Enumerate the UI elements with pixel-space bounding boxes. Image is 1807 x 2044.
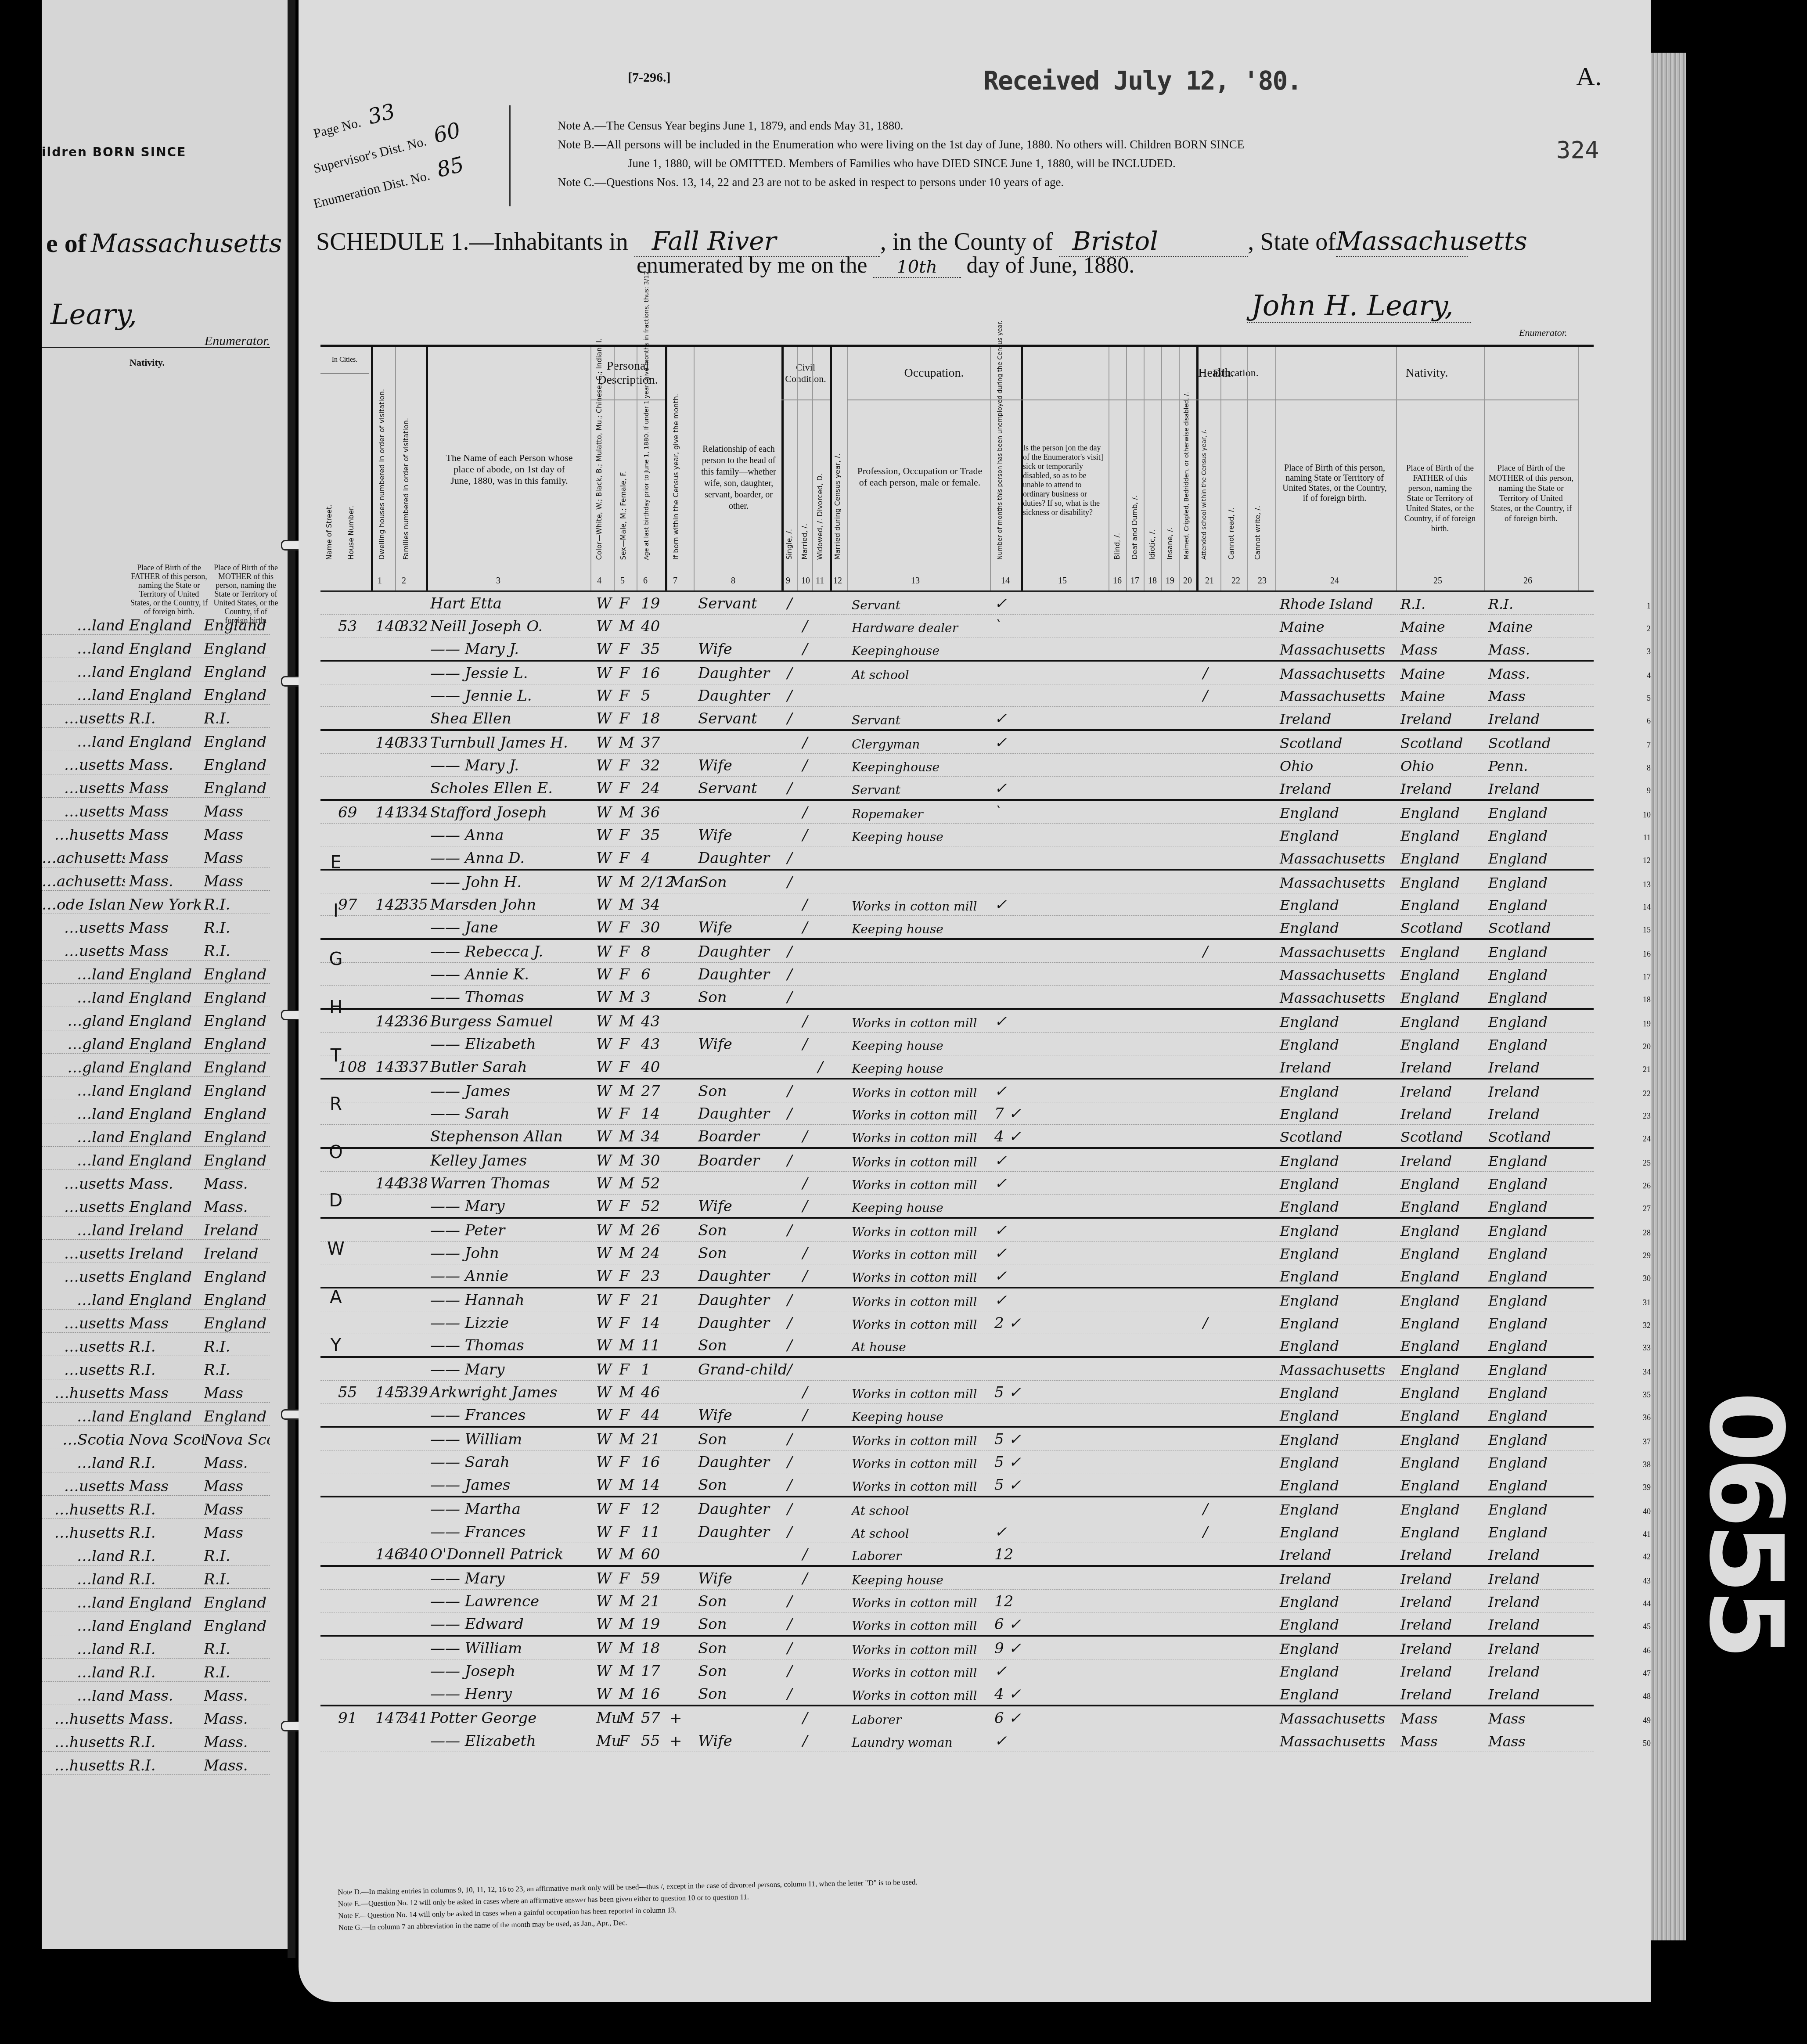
table-row: —— MaryWF52WifeKeeping houseEnglandEngla… [320, 1195, 1594, 1219]
left-c26: England [204, 1315, 270, 1332]
father-birthplace: England [1400, 850, 1460, 867]
occupation: Clergyman [852, 737, 920, 752]
civil-condition-mark: / [787, 874, 792, 891]
relationship: Son [698, 1222, 727, 1239]
months-unemployed: ✓ [994, 1245, 1007, 1262]
left-c24: …land [42, 1687, 125, 1705]
age: 16 [641, 1685, 660, 1703]
divider [1126, 347, 1127, 590]
sex: F [619, 710, 630, 727]
age: 1 [641, 1361, 651, 1378]
left-table-row: …usettsEnglandEngland [42, 1263, 270, 1286]
street-letter: I [327, 887, 345, 935]
left-table-row: …husettsMass.Mass. [42, 1705, 270, 1728]
relationship: Daughter [698, 665, 770, 682]
left-table-row: …landEnglandEngland [42, 961, 270, 984]
mother-birthplace: Penn. [1488, 758, 1528, 774]
line-number: 46 [1643, 1646, 1651, 1655]
left-c25: Mass. [125, 756, 204, 774]
mother-birthplace: England [1488, 874, 1548, 891]
months-unemployed: 2 ✓ [994, 1314, 1021, 1332]
col-color-header: Color—White, W.; Black, B.; Mulatto, Mu.… [595, 338, 603, 560]
civil-condition-mark: / [803, 1407, 807, 1424]
birthplace: England [1280, 1616, 1339, 1633]
birthplace: England [1280, 1245, 1339, 1262]
left-c24: …land [42, 1222, 125, 1239]
age: 8 [641, 943, 651, 961]
left-table-row: …ode IslandNew YorkR.I. [42, 891, 270, 914]
line-number: 50 [1643, 1739, 1651, 1748]
mother-birthplace: England [1488, 1338, 1548, 1354]
line-number: 23 [1643, 1112, 1651, 1121]
person-name: —— William [430, 1431, 522, 1448]
left-table-row: …usettsR.I.R.I. [42, 705, 270, 728]
mother-birthplace: Mass [1488, 1710, 1526, 1727]
color: W [596, 1454, 612, 1471]
age: 18 [641, 1640, 660, 1657]
street-letter: G [327, 935, 345, 983]
occupation: Works in cotton mill [852, 899, 977, 914]
relationship: Son [698, 1245, 727, 1262]
line-number: 31 [1643, 1298, 1651, 1307]
table-row: —— ElizabethWF43WifeKeeping houseEngland… [320, 1033, 1594, 1055]
left-c25: England [125, 1036, 204, 1053]
left-c24: …land [42, 989, 125, 1007]
table-row: Stephenson AllanWM34BoarderWorks in cott… [320, 1125, 1594, 1149]
relationship: Daughter [698, 1523, 770, 1541]
column-number: 18 [1148, 576, 1157, 586]
left-c26: England [204, 1292, 270, 1309]
left-c24: …usetts [42, 803, 125, 820]
house-number: 55 [338, 1384, 357, 1401]
column-number: 11 [816, 576, 824, 586]
father-birthplace: England [1400, 828, 1460, 844]
relationship: Son [698, 1685, 727, 1703]
mother-birthplace: England [1488, 1407, 1548, 1424]
divider [1396, 347, 1397, 590]
age: 46 [641, 1384, 660, 1401]
color: W [596, 1128, 612, 1145]
mother-birthplace: Scotland [1488, 735, 1551, 752]
months-unemployed: 6 ✓ [994, 1616, 1021, 1633]
person-name: Burgess Samuel [430, 1013, 553, 1030]
color: W [596, 1570, 612, 1587]
age: 59 [641, 1570, 660, 1587]
birthplace: Scotland [1280, 1129, 1342, 1145]
occupation: Keeping house [852, 1410, 943, 1424]
col-blind-header: Blind, /. [1113, 533, 1121, 560]
line-number: 28 [1643, 1228, 1651, 1238]
relationship: Boarder [698, 1128, 760, 1145]
civil-condition-mark: / [787, 1314, 792, 1332]
left-c24: …land [42, 733, 125, 751]
sex: M [619, 1546, 634, 1563]
left-c25: Mass [125, 780, 204, 797]
birthplace: England [1280, 828, 1339, 844]
left-c24: …usetts [42, 1361, 125, 1379]
divider [694, 347, 695, 590]
birthplace: England [1280, 1223, 1339, 1239]
age: 43 [641, 1036, 660, 1053]
sex: M [619, 1245, 634, 1262]
occupation: Keeping house [852, 922, 943, 936]
line-number: 18 [1643, 995, 1651, 1004]
person-name: —— Sarah [430, 1454, 510, 1471]
civil-condition-mark: / [803, 757, 807, 774]
father-birthplace: England [1400, 1385, 1460, 1401]
color: W [596, 1198, 612, 1215]
house-number: 91 [338, 1709, 357, 1727]
left-c25: England [125, 1082, 204, 1100]
left-table-row: …usettsEnglandMass. [42, 1193, 270, 1216]
left-table-row: …husettsMassMass [42, 1379, 270, 1403]
left-c25: England [125, 640, 204, 658]
civil-condition-mark: / [787, 1640, 792, 1657]
street-letter: Y [327, 1321, 345, 1370]
left-c25: Mass [125, 1385, 204, 1402]
sex: M [619, 896, 634, 914]
left-table-row: …ScotiaNova ScotiaNova Scotia [42, 1426, 270, 1449]
sex: M [619, 1616, 634, 1633]
left-table-row: …glandEnglandEngland [42, 1007, 270, 1030]
relationship: Wife [698, 1407, 732, 1424]
birthplace: England [1280, 1594, 1339, 1610]
divider [665, 347, 667, 590]
birthplace: Ireland [1280, 1571, 1331, 1587]
color: W [596, 1013, 612, 1030]
sex: F [619, 849, 630, 867]
left-c25: England [125, 1129, 204, 1146]
divider [812, 347, 813, 590]
sex: F [619, 1314, 630, 1332]
left-table-row: …landEnglandEngland [42, 1147, 270, 1170]
left-rows: …landEnglandEngland…landEnglandEngland…l… [42, 612, 270, 1775]
left-col25-header: Place of Birth of the FATHER of this per… [130, 563, 209, 616]
left-c26: Mass. [204, 1734, 270, 1751]
col-age-header: Age at last birthday prior to June 1, 18… [643, 269, 650, 560]
supervisor-value: 60 [431, 118, 463, 148]
census-table: In Cities. Name of Street. House Number.… [320, 345, 1594, 1752]
person-name: —— Mary [430, 1361, 504, 1378]
birthplace: England [1280, 920, 1339, 936]
months-unemployed: ✓ [994, 1732, 1007, 1750]
birthplace: Ireland [1280, 1547, 1331, 1563]
left-c26: Mass [204, 1478, 270, 1495]
line-number: 26 [1643, 1181, 1651, 1191]
occupation: Keepinghouse [852, 644, 939, 658]
person-name: —— William [430, 1640, 522, 1657]
left-table-row: …husettsR.I.Mass [42, 1496, 270, 1519]
page-no-label: Page No. [312, 115, 363, 141]
column-number: 24 [1330, 576, 1339, 586]
column-number: 26 [1523, 576, 1532, 586]
father-birthplace: England [1400, 1338, 1460, 1354]
mother-birthplace: England [1488, 1245, 1548, 1262]
birthplace: England [1280, 897, 1339, 914]
left-c25: R.I. [125, 1641, 204, 1658]
table-row: —— LawrenceWM21SonWorks in cotton mill12… [320, 1590, 1594, 1612]
house-number: 53 [338, 618, 357, 635]
col-house-header: House Number. [347, 506, 355, 560]
left-c24: …gland [42, 1012, 125, 1030]
table-row: —— HenryWM16SonWorks in cotton mill4 ✓En… [320, 1682, 1594, 1706]
left-c26: England [204, 1408, 270, 1425]
civil-condition-mark: / [803, 1570, 807, 1587]
sex: F [619, 919, 630, 936]
age: 19 [641, 1616, 660, 1633]
column-number: 23 [1258, 576, 1267, 586]
nativity-group: Nativity. [1275, 347, 1578, 400]
left-c26: Mass. [204, 1175, 270, 1193]
birthplace: England [1280, 1036, 1339, 1053]
left-c25: England [125, 617, 204, 634]
left-c25: England [125, 687, 204, 704]
left-c26: England [204, 733, 270, 751]
color: W [596, 665, 612, 682]
color: W [596, 1431, 612, 1448]
received-stamp: Received July 12, '80. [983, 66, 1301, 96]
family-number: 332 [400, 618, 428, 635]
civil-condition-mark: / [803, 1267, 807, 1285]
birthplace: England [1280, 1385, 1339, 1401]
months-unemployed: ` [994, 804, 1002, 821]
left-c24: …usetts [42, 1198, 125, 1216]
left-c26: England [204, 1594, 270, 1612]
occupation: Hardware dealer [852, 621, 958, 635]
left-table-row: …landEnglandEngland [42, 612, 270, 635]
color: W [596, 1314, 612, 1332]
age: 14 [641, 1314, 660, 1332]
color: W [596, 1083, 612, 1100]
mother-birthplace: Ireland [1488, 1663, 1540, 1680]
father-birthplace: Ireland [1400, 1547, 1452, 1563]
left-c24: …land [42, 1664, 125, 1681]
civil-condition-group: Civil Condition. [781, 347, 830, 400]
column-number: 13 [911, 576, 920, 586]
civil-condition-mark: / [787, 687, 792, 705]
color: W [596, 896, 612, 914]
birthplace: Massachusetts [1280, 1710, 1385, 1727]
occupation: Works in cotton mill [852, 1248, 977, 1262]
line-number: 11 [1643, 833, 1651, 842]
mother-birthplace: England [1488, 1477, 1548, 1494]
line-number: 15 [1643, 925, 1651, 935]
civil-condition-mark: / [803, 1013, 807, 1030]
table-row: —— Mary J.WF32WifeKeepinghouseOhioOhioPe… [320, 754, 1594, 777]
schedule-label: SCHEDULE 1.—Inhabitants in [316, 228, 628, 255]
civil-condition-mark: / [787, 1292, 792, 1309]
civil-condition-mark: / [787, 1476, 792, 1494]
civil-condition-mark: / [803, 641, 807, 658]
sex: F [619, 641, 630, 658]
left-c26: Mass. [204, 1687, 270, 1705]
mother-birthplace: Mass [1488, 688, 1526, 705]
father-birthplace: England [1400, 967, 1460, 983]
table-row: —— SarahWF16DaughterWorks in cotton mill… [320, 1450, 1594, 1473]
column-number: 9 [786, 576, 790, 586]
table-row: —— AnnieWF23DaughterWorks in cotton mill… [320, 1264, 1594, 1288]
line-number: 1 [1647, 601, 1651, 611]
left-c24: …land [42, 640, 125, 658]
col-deaf-header: Deaf and Dumb, /. [1130, 495, 1139, 560]
civil-condition-mark: / [803, 804, 807, 821]
sex: F [619, 1267, 630, 1285]
family-number: 337 [400, 1058, 428, 1076]
left-c25: R.I. [125, 710, 204, 727]
table-row: —— John H.WM2/12Mar.SonMassachusettsEngl… [320, 871, 1594, 893]
column-number: 14 [1001, 576, 1010, 586]
col-married-header: Married, /. [800, 524, 809, 560]
person-name: —— Hannah [430, 1292, 525, 1309]
color: W [596, 1222, 612, 1239]
left-c24: …husetts [42, 1524, 125, 1542]
months-unemployed: ✓ [994, 1152, 1007, 1170]
occupation: Works in cotton mill [852, 1387, 977, 1401]
left-c25: England [125, 1268, 204, 1286]
line-number: 33 [1643, 1343, 1651, 1353]
left-c24: …land [42, 966, 125, 983]
father-birthplace: Ireland [1400, 1153, 1452, 1170]
civil-condition-mark: / [803, 734, 807, 752]
civil-condition-mark: / [787, 595, 792, 612]
county-label: , in the County of [880, 228, 1053, 255]
left-c26: R.I. [204, 943, 270, 960]
mother-birthplace: Ireland [1488, 1641, 1540, 1657]
civil-condition-mark: / [818, 1058, 823, 1076]
mother-birthplace: Ireland [1488, 1106, 1540, 1123]
civil-condition-mark: / [787, 780, 792, 797]
mother-birthplace: Scotland [1488, 920, 1551, 936]
person-name: Arkwright James [430, 1384, 557, 1401]
months-unemployed: ✓ [994, 896, 1007, 914]
line-number: 49 [1643, 1716, 1651, 1725]
birthplace: England [1280, 1524, 1339, 1541]
col-unemployed-header: Number of months this person has been un… [997, 320, 1004, 560]
age: 12 [641, 1501, 660, 1518]
left-c26: Mass [204, 849, 270, 867]
occupation: At school [852, 668, 909, 682]
column-number: 20 [1183, 576, 1192, 586]
left-c26: England [204, 1617, 270, 1635]
family-number: 333 [400, 734, 428, 752]
person-name: —— Sarah [430, 1105, 510, 1123]
left-c24: …land [42, 1454, 125, 1472]
birthplace: England [1280, 1501, 1339, 1518]
sex: F [619, 1454, 630, 1471]
form-number: [7-296.] [628, 70, 670, 85]
line-number: 16 [1643, 950, 1651, 959]
person-name: —— Elizabeth [430, 1732, 536, 1750]
birthplace: England [1280, 1663, 1339, 1680]
left-table-row: …landEnglandEngland [42, 728, 270, 751]
civil-condition-mark: / [787, 943, 792, 961]
civil-condition-mark: / [803, 618, 807, 635]
table-row: 53140332Neill Joseph O.WM40Hardware deal… [320, 615, 1594, 637]
relationship: Son [698, 1337, 727, 1354]
line-number: 22 [1643, 1089, 1651, 1098]
family-number: 339 [400, 1384, 428, 1401]
mother-birthplace: Scotland [1488, 1129, 1551, 1145]
left-c24: …gland [42, 1036, 125, 1053]
family-number: 338 [400, 1175, 428, 1192]
color: Mu [596, 1709, 621, 1727]
sex: M [619, 1709, 634, 1727]
civil-condition-mark: / [787, 1431, 792, 1448]
line-number: 24 [1643, 1134, 1651, 1144]
divider [1179, 347, 1180, 590]
father-birthplace: R.I. [1400, 596, 1425, 612]
civil-condition-mark: / [803, 1384, 807, 1401]
table-row: Scholes Ellen E.WF24ServantServant✓Irela… [320, 777, 1594, 801]
mother-birthplace: Ireland [1488, 1686, 1540, 1703]
age: 21 [641, 1431, 660, 1448]
age: 27 [641, 1083, 660, 1100]
relationship: Wife [698, 1732, 732, 1750]
age: 18 [641, 710, 660, 727]
person-name: —— James [430, 1476, 511, 1494]
person-name: —— Frances [430, 1523, 526, 1541]
age: 24 [641, 1245, 660, 1262]
mother-birthplace: Maine [1488, 619, 1533, 635]
note-b-cont: June 1, 1880, will be OMITTED. Members o… [558, 154, 1244, 173]
birthplace: England [1280, 1686, 1339, 1703]
table-row: —— JaneWF30WifeKeeping houseEnglandScotl… [320, 916, 1594, 940]
sex: F [619, 1036, 630, 1053]
color: W [596, 1523, 612, 1541]
person-name: —— John [430, 1245, 499, 1262]
birthplace: England [1280, 1292, 1339, 1309]
attended-school: / [1203, 665, 1208, 682]
months-unemployed: ✓ [994, 1267, 1007, 1285]
left-c26: R.I. [204, 1641, 270, 1658]
left-c25: England [125, 989, 204, 1007]
table-row: —— JamesWM14SonWorks in cotton mill5 ✓En… [320, 1473, 1594, 1497]
birthplace: Massachusetts [1280, 641, 1385, 658]
left-c25: England [125, 1152, 204, 1170]
line-number: 39 [1643, 1483, 1651, 1492]
divider [371, 347, 373, 590]
color: W [596, 1546, 612, 1563]
age: 23 [641, 1267, 660, 1285]
relationship: Daughter [698, 1292, 770, 1309]
street-letter: T [327, 1032, 345, 1080]
sex: F [619, 1407, 630, 1424]
divider [1220, 347, 1221, 590]
left-c26: England [204, 687, 270, 704]
relationship: Son [698, 989, 727, 1006]
line-number: 14 [1643, 903, 1651, 912]
civil-condition-mark: / [787, 1222, 792, 1239]
line-number: 2 [1647, 624, 1651, 633]
line-number: 34 [1643, 1367, 1651, 1377]
left-c26: Mass. [204, 1454, 270, 1472]
color: W [596, 827, 612, 844]
birthplace: England [1280, 1014, 1339, 1030]
age: 17 [641, 1663, 660, 1680]
column-number: 4 [597, 576, 601, 586]
person-name: —— Annie [430, 1267, 508, 1285]
civil-condition-mark: / [787, 1663, 792, 1680]
months-unemployed: ✓ [994, 1292, 1007, 1309]
left-c26: Mass. [204, 1710, 270, 1728]
left-table-row: …landEnglandEngland [42, 1077, 270, 1100]
occupation: Keeping house [852, 1062, 943, 1076]
col-street-header: Name of Street. [325, 504, 333, 560]
col-dwelling-header: Dwelling houses numbered in order of vis… [378, 389, 386, 560]
father-birthplace: England [1400, 874, 1460, 891]
father-birthplace: Ireland [1400, 1641, 1452, 1657]
occupation: Keeping house [852, 1039, 943, 1053]
